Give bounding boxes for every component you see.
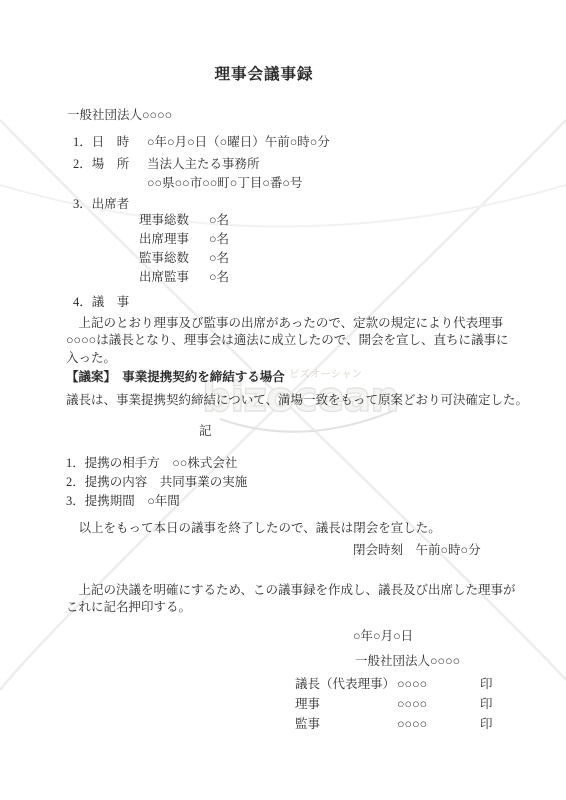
resolution-paragraph: 議長は、事業提携契約締結について、満場一致をもって原案どおり可決確定した。	[66, 392, 528, 408]
item-datetime-value: ○年○月○日（○曜日）午前○時○分	[147, 135, 330, 149]
seal-mark: 印	[480, 697, 493, 711]
signature-role: 議長（代表理事）	[295, 676, 397, 692]
item-place-value: 当法人主たる事務所	[147, 157, 260, 171]
signature-company: 一般社団法人○○○○	[355, 653, 460, 669]
attendee-row: 理事総数○名	[139, 212, 229, 228]
item-attendees-label: 3．出席者	[73, 196, 129, 212]
seal-mark: 印	[480, 677, 493, 691]
attendee-count: ○名	[209, 251, 229, 265]
signature-name: ○○○○	[397, 716, 480, 732]
attendee-row: 出席監事○名	[139, 269, 229, 285]
attendee-count: ○名	[209, 232, 229, 246]
attendee-label: 理事総数	[139, 212, 209, 228]
signature-role: 理事	[295, 696, 397, 712]
attendee-label: 出席理事	[139, 231, 209, 247]
signature-row: 理事○○○○印	[295, 696, 493, 712]
company-name: 一般社団法人○○○○	[67, 107, 172, 123]
closing-time: 閉会時刻 午前○時○分	[353, 542, 481, 558]
signature-name: ○○○○	[397, 676, 480, 692]
attendee-label: 監事総数	[139, 250, 209, 266]
document-date: ○年○月○日	[353, 628, 413, 644]
item-place: 2．場 所当法人主たる事務所	[73, 156, 260, 172]
item-place-label: 2．場 所	[73, 156, 147, 172]
item-agenda-label: 4．議 事	[73, 294, 129, 310]
document-title: 理事会議事録	[214, 65, 313, 85]
closing-line: 以上をもって本日の議事を終了したので、議長は閉会を宣した。	[66, 520, 441, 536]
signature-role: 監事	[295, 716, 397, 732]
detail-item: 1．提携の相手方 ○○株式会社	[66, 455, 237, 471]
document-page: ビズオーシャン bizocean 理事会議事録 一般社団法人○○○○ 1．日 時…	[0, 0, 566, 800]
place-address: ○○県○○市○○町○丁目○番○号	[147, 175, 302, 191]
closing-paragraph: 上記の決議を明確にするため、この議事録を作成し、議長及び出席した理事が これに記…	[66, 582, 566, 617]
opening-paragraph: 上記のとおり理事及び監事の出席があったので、定款の規定により代表理事 ○○○○は…	[66, 315, 566, 367]
signature-row: 監事○○○○印	[295, 716, 493, 732]
attendee-label: 出席監事	[139, 269, 209, 285]
attendee-row: 出席理事○名	[139, 231, 229, 247]
seal-mark: 印	[480, 717, 493, 731]
signature-row: 議長（代表理事）○○○○印	[295, 676, 493, 692]
detail-item: 2．提携の内容 共同事業の実施	[66, 474, 247, 490]
item-datetime-label: 1．日 時	[73, 134, 147, 150]
attendee-count: ○名	[209, 213, 229, 227]
attendee-count: ○名	[209, 270, 229, 284]
agenda-heading: 【議案】 事業提携契約を締結する場合	[66, 369, 285, 385]
item-datetime: 1．日 時○年○月○日（○曜日）午前○時○分	[73, 134, 330, 150]
detail-item: 3．提携期間 ○年間	[66, 493, 180, 509]
attendee-row: 監事総数○名	[139, 250, 229, 266]
ki-marker: 記	[199, 423, 212, 439]
signature-name: ○○○○	[397, 696, 480, 712]
